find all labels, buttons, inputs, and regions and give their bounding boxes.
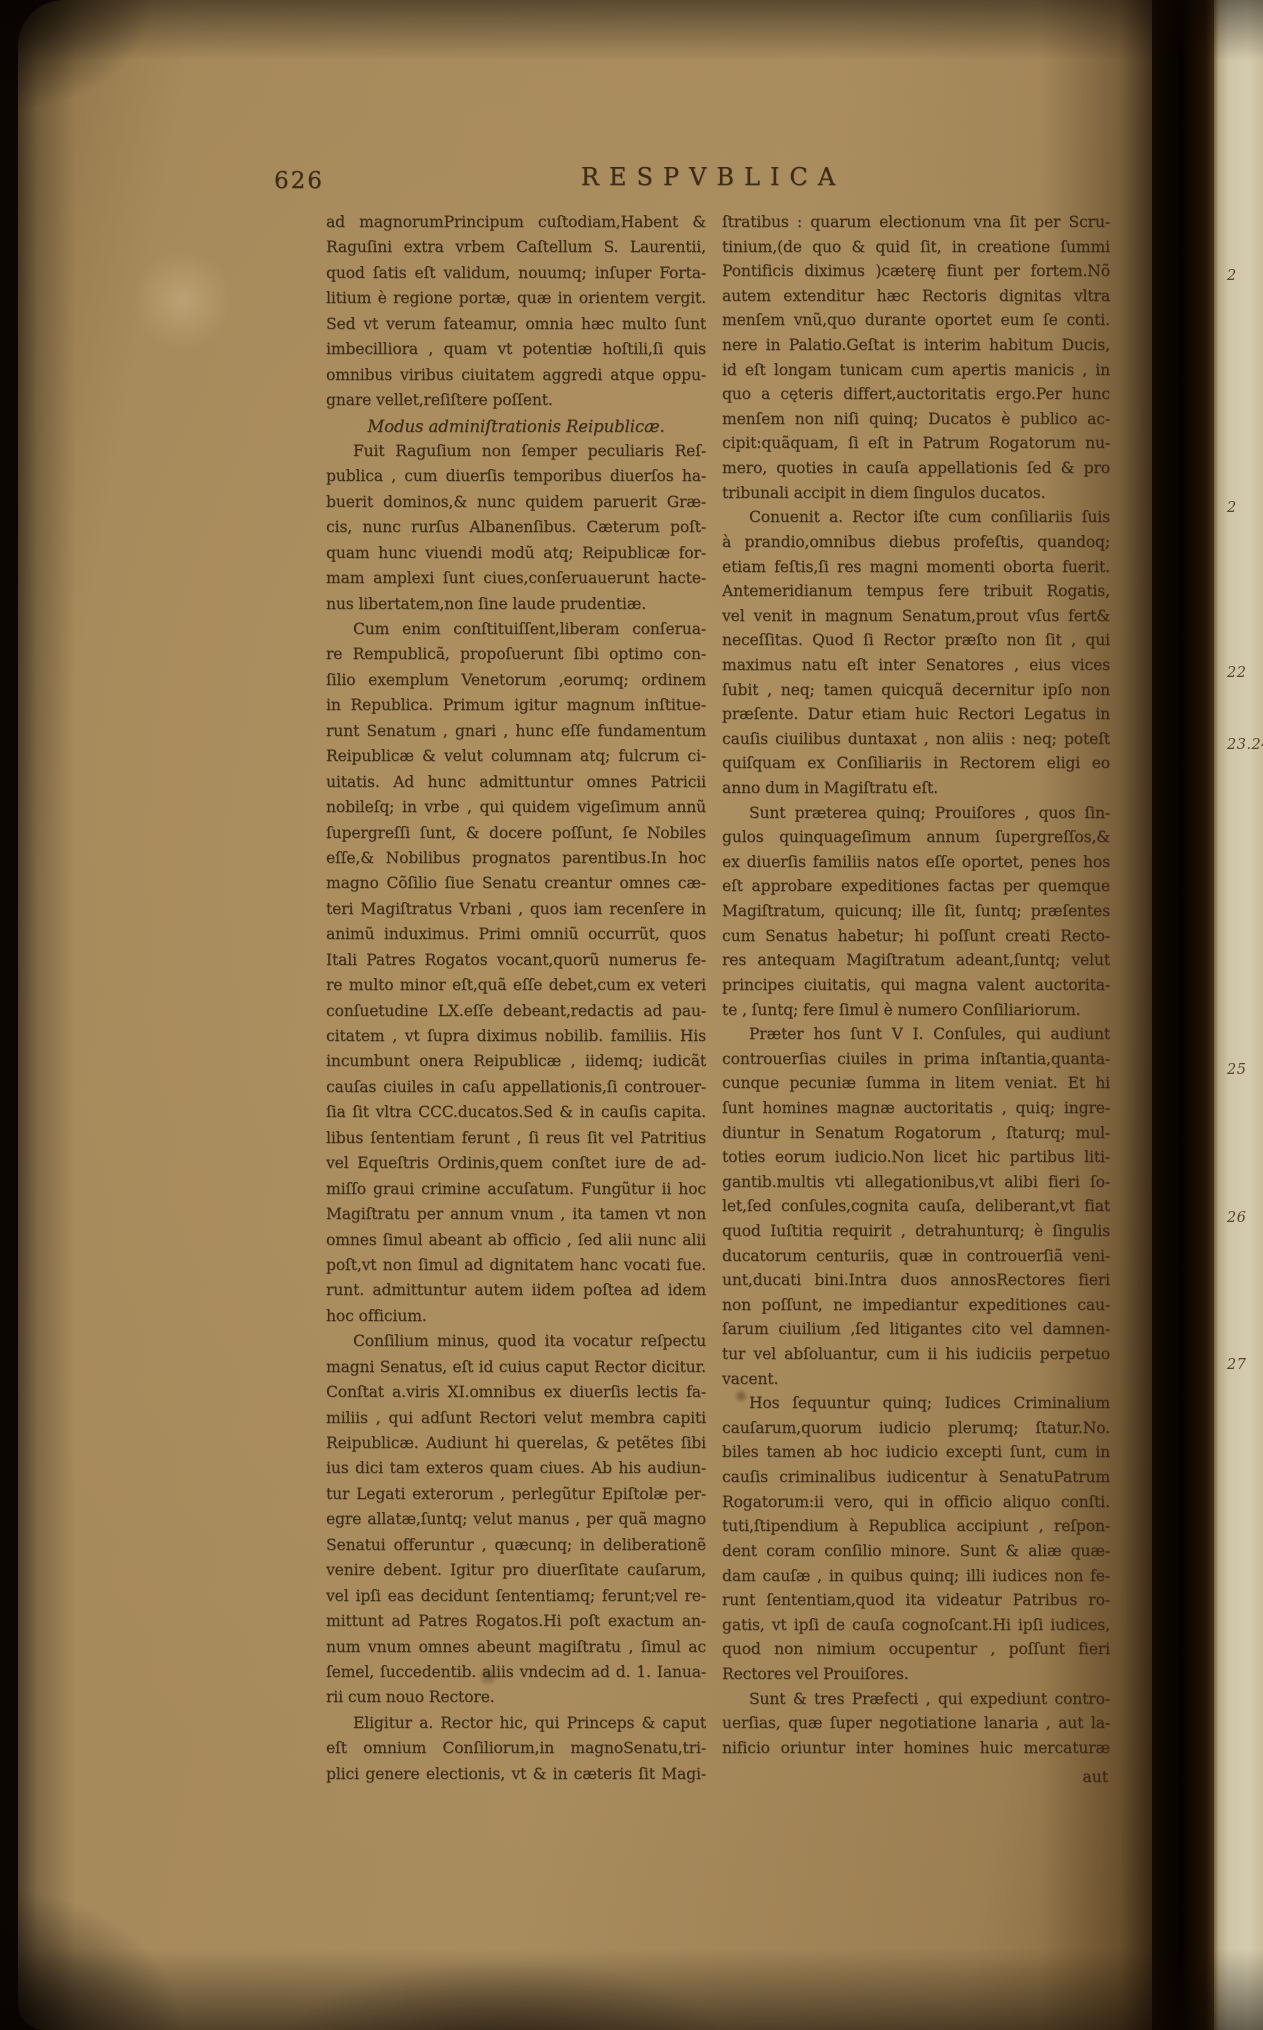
text-line: uitatis. Ad hunc admittuntur omnes Patri…: [326, 770, 706, 795]
text-line: Fuit Raguſium non ſemper peculiaris Reſ-…: [326, 439, 706, 464]
text-line: Cum enim conſtituiſſent,liberam conſerua…: [326, 617, 706, 642]
folio-number: 626: [274, 168, 324, 194]
text-line: tur Legati exterorum , perlegũtur Epiſto…: [326, 1482, 706, 1507]
text-line: Senatui offeruntur , quæcunq; in deliber…: [326, 1533, 706, 1558]
text-line: omnes ſimul abeant ab officio , ſed alii…: [326, 1228, 706, 1253]
facing-page-margin-number: 23.24: [1214, 737, 1263, 753]
text-line: egre allatæ,ſuntq; velut manus , per quã…: [326, 1507, 706, 1532]
text-line: nobileſq; in vrbe , qui quidem vigeſimum…: [326, 795, 706, 820]
text-line: Eligitur a. Rector hic, qui Princeps & c…: [326, 1711, 706, 1736]
book-scan: 626 RESPVBLICA ad magnorumPrincipum cuſt…: [0, 0, 1263, 2030]
facing-page-margin-number: 25: [1214, 1062, 1263, 1078]
text-line: ius dici tam exteros quam ciues. Ab his …: [326, 1456, 706, 1481]
text-line: quod ſatis eſt validum, nouumq; inſuper …: [326, 261, 706, 286]
facing-page-margin-number: 26: [1214, 1210, 1263, 1226]
text-line: ſemel, ſuccedentib. aliis vndecim ad d. …: [326, 1660, 706, 1685]
text-line: ſilio exemplum Venetorum ,eorumq; ordine…: [326, 668, 706, 693]
text-line: buerit dominos,& nunc quidem paruerit Gr…: [326, 490, 706, 515]
text-line: miliis , qui adſunt Rectori velut membra…: [326, 1406, 706, 1431]
text-line: mam amplexi ſunt ciues,conſeruauerunt ha…: [326, 566, 706, 591]
text-line: re multo minor eſt,quã eſſe debet,cum ex…: [326, 973, 706, 998]
text-line: quam hunc viuendi modũ atq; Reipublicæ f…: [326, 541, 706, 566]
text-line: rii cum nouo Rectore.: [326, 1685, 706, 1710]
facing-page-margin-number: 2: [1214, 500, 1263, 516]
text-line: litium è regione portæ, quæ in orientem …: [326, 286, 706, 311]
text-line: publica , cum diuerſis temporibus diuerſ…: [326, 464, 706, 489]
text-line: incumbunt onera Reipublicæ , iidemq; iud…: [326, 1049, 706, 1074]
text-line: re Rempublicã, propoſuerunt ſibi optimo …: [326, 642, 706, 667]
text-line: mittunt ad Patres Rogatos.Hi poſt exactu…: [326, 1609, 706, 1634]
text-line: magni Senatus, eſt id cuius caput Rector…: [326, 1355, 706, 1380]
text-line: Conſtat a.viris XI.omnibus ex diuerſis l…: [326, 1380, 706, 1405]
text-line: vel Equeſtris Ordinis,quem conſtet iure …: [326, 1151, 706, 1176]
text-line: Raguſini extra vrbem Caſtellum S. Lauren…: [326, 235, 706, 260]
running-header: RESPVBLICA: [573, 163, 853, 191]
text-line: hoc officium.: [326, 1304, 706, 1329]
text-line: gnare vellet,reſiſtere poſſent.: [326, 388, 706, 413]
book-page: 626 RESPVBLICA ad magnorumPrincipum cuſt…: [18, 0, 1168, 2030]
text-line: citatem , vt ſupra diximus nobilib. fami…: [326, 1024, 706, 1049]
text-line: num vnum omnes abeunt magiſtratu , ſimul…: [326, 1635, 706, 1660]
text-line: Magiſtratu per annum vnum , ita tamen vt…: [326, 1202, 706, 1227]
book-gutter: [1152, 0, 1218, 2030]
text-line: animũ induximus. Primi omniũ occurrũt, q…: [326, 922, 706, 947]
text-line: runt. admittuntur autem iidem poſtea ad …: [326, 1278, 706, 1303]
text-line: poſt,vt non ſimul ad dignitatem hanc voc…: [326, 1253, 706, 1278]
text-line: in Republica. Primum igitur magnum inſti…: [326, 693, 706, 718]
text-line: Reipublicæ & velut columnam atq; fulcrum…: [326, 744, 706, 769]
text-line: miſſo graui crimine accuſatum. Fungũtur …: [326, 1177, 706, 1202]
text-line: runt Senatum , gnari , hunc eſſe fundame…: [326, 719, 706, 744]
text-line: ad magnorumPrincipum cuſtodiam,Habent &: [326, 210, 706, 235]
facing-page-margin-number: 2: [1214, 268, 1263, 284]
text-line: eſſe,& Nobilibus prognatos parentibus.In…: [326, 846, 706, 871]
text-line: imbecilliora , quam vt potentiæ hoſtili,…: [326, 337, 706, 362]
text-line: venire debent. Igitur pro diuerſitate ca…: [326, 1558, 706, 1583]
text-line: plici genere electionis, vt & in cæteris…: [326, 1762, 706, 1787]
text-line: conſuetudine LX.eſſe debeant,redactis ad…: [326, 999, 706, 1024]
facing-page-margin-number: 22: [1214, 665, 1263, 681]
text-line: ſia ſit vltra CCC.ducatos.Sed & in cauſi…: [326, 1100, 706, 1125]
text-line: Itali Patres Rogatos vocant,quorũ numeru…: [326, 948, 706, 973]
text-line: eſt omnium Conſiliorum,in magnoSenatu,tr…: [326, 1736, 706, 1761]
text-line: nus libertatem,non ſine laude prudentiæ.: [326, 592, 706, 617]
text-line: Conſilium minus, quod ita vocatur reſpec…: [326, 1329, 706, 1354]
left-column: ad magnorumPrincipum cuſtodiam,Habent &R…: [326, 210, 706, 1787]
section-heading: Modus adminiſtrationis Reipublicæ.: [326, 414, 706, 439]
facing-page-edge: 222223.24252627: [1214, 0, 1263, 2030]
text-line: magno Cõſilio ſiue Senatu creantur omnes…: [326, 871, 706, 896]
page-curve-shadow: [1040, 0, 1168, 2030]
text-line: Reipublicæ. Audiunt hi querelas, & petẽt…: [326, 1431, 706, 1456]
text-line: Sed vt verum fateamur, omnia hæc multo ſ…: [326, 312, 706, 337]
text-line: ſupergreſſi ſunt, & docere poſſunt, ſe N…: [326, 821, 706, 846]
text-line: teri Magiſtratus Vrbani , quos iam recen…: [326, 897, 706, 922]
text-line: cauſas ciuiles in caſu appellationis,ſi …: [326, 1075, 706, 1100]
facing-page-margin-number: 27: [1214, 1357, 1263, 1373]
text-line: vel ipſi eas decidunt ſententiamq; ferun…: [326, 1584, 706, 1609]
text-line: omnibus viribus ciuitatem aggredi atque …: [326, 363, 706, 388]
text-line: cis, nunc rurſus Albanenſibus. Cæterum p…: [326, 515, 706, 540]
text-line: libus ſententiam ferunt , ſi reus ſit ve…: [326, 1126, 706, 1151]
